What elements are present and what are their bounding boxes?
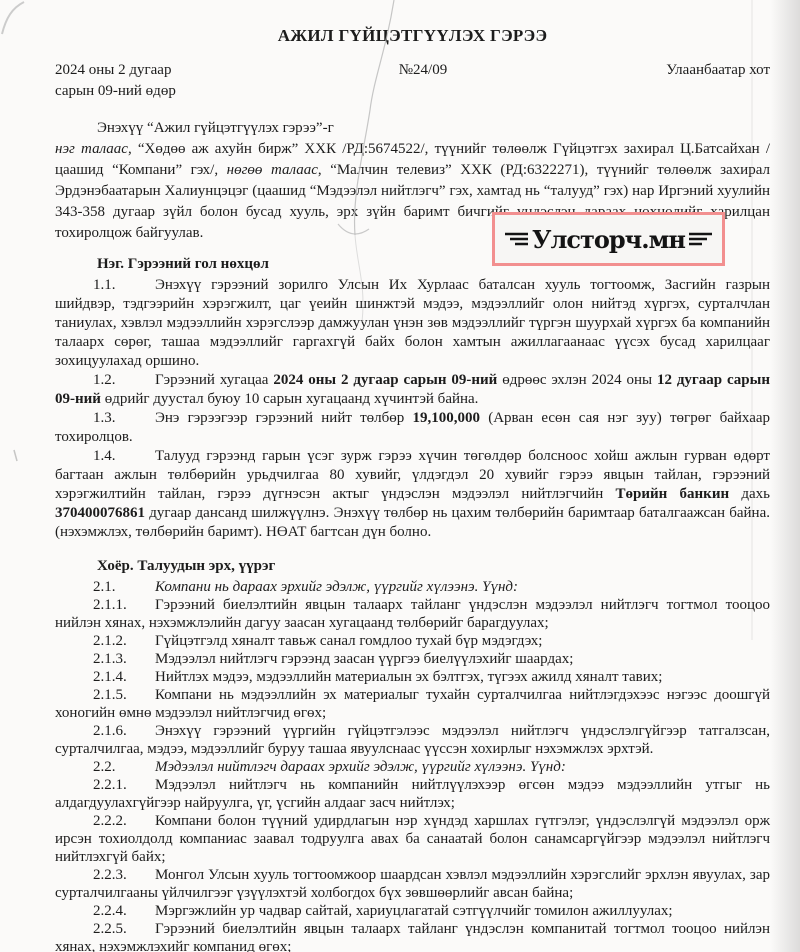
text-run: Компани нь дараах эрхийг эдэлж, үүргийг …: [155, 579, 518, 595]
text-run: Нийтлэх мэдээ, мэдээллийн материалын эх …: [155, 669, 662, 685]
clause-paragraph: 1.2.Гэрээний хугацаа 2024 оны 2 дугаар с…: [55, 371, 770, 409]
clause-paragraph: 2.1.Компани нь дараах эрхийг эдэлж, үүрг…: [55, 578, 770, 596]
text-run: Мэдээлэл нийтлэгч гэрээнд заасан үүргээ …: [155, 651, 573, 667]
text-run: нэг талаас: [55, 141, 128, 157]
clause-paragraph: 2.1.6.Энэхүү гэрээний үүргийн гүйцэтгэлэ…: [55, 722, 770, 758]
text-run: Гүйцэтгэлд хяналт тавьж санал гомдлоо ту…: [155, 633, 542, 649]
clause-number: 1.3.: [93, 409, 155, 428]
clause-paragraph: 2.1.2.Гүйцэтгэлд хяналт тавьж санал гомд…: [55, 632, 770, 650]
clause-number: 2.2.: [93, 758, 155, 776]
clause-number: 2.2.3.: [93, 866, 155, 884]
text-run: өдрөөс эхлэн 2024 оны: [497, 372, 657, 388]
text-run: Компани болон түүний удирдлагын нэр хүнд…: [55, 813, 770, 865]
clause-number: 2.1.6.: [93, 722, 155, 740]
text-run: Мэргэжлийн ур чадвар сайтай, хариуцлагат…: [155, 903, 673, 919]
section-heading: Хоёр. Талуудын эрх, үүрэг: [97, 556, 770, 576]
clause-paragraph: 2.2.1.Мэдээлэл нийтлэгч нь компанийн ний…: [55, 776, 770, 812]
text-run: 19,100,000: [413, 410, 481, 426]
clause-number: 2.1.: [93, 578, 155, 596]
text-run: Монгол Улсын хууль тогтоомжоор шаардсан …: [55, 867, 770, 901]
text-run: Энэхүү гэрээний зорилго Улсын Их Хурлаас…: [55, 277, 770, 369]
contract-number: №24/09: [250, 60, 620, 81]
watermark-text: Улсторч.мн: [532, 225, 685, 254]
text-run: Мэдээлэл нийтлэгч нь компанийн нийтлүүлэ…: [55, 777, 770, 811]
text-run: Энэ гэрээгээр гэрээний нийт төлбөр: [155, 410, 413, 426]
watermark-badge: Улсторч.мн: [492, 212, 725, 266]
text-run: 2024 оны 2 дугаар сарын 09-ний: [273, 372, 497, 388]
document-content: АЖИЛ ГҮЙЦЭТГҮҮЛЭХ ГЭРЭЭ 2024 оны 2 дугаа…: [0, 0, 800, 952]
contract-city: Улаанбаатар хот: [620, 60, 770, 81]
clause-paragraph: 2.2.Мэдээлэл нийтлэгч дараах эрхийг эдэл…: [55, 758, 770, 776]
clause-paragraph: 1.1.Энэхүү гэрээний зорилго Улсын Их Хур…: [55, 276, 770, 371]
wing-left-icon: [503, 230, 529, 248]
clause-number: 2.1.1.: [93, 596, 155, 614]
clause-paragraph: 2.2.3.Монгол Улсын хууль тогтоомжоор шаа…: [55, 866, 770, 902]
clause-paragraph: 2.1.3.Мэдээлэл нийтлэгч гэрээнд заасан ү…: [55, 650, 770, 668]
document-title: АЖИЛ ГҮЙЦЭТГҮҮЛЭХ ГЭРЭЭ: [55, 26, 770, 46]
text-run: Гэрээний хугацаа: [155, 372, 273, 388]
text-run: өдрийг дуустал буюу 10 сарын хугацаанд х…: [101, 391, 479, 407]
contract-date-line1: 2024 оны 2 дугаар: [55, 62, 171, 78]
text-run: Мэдээлэл нийтлэгч дараах эрхийг эдэлж, ү…: [155, 759, 566, 775]
text-run: Энэхүү гэрээний үүргийн гүйцэтгэлээс мэд…: [55, 723, 770, 757]
text-run: Гэрээний биелэлтийн явцын талаарх тайлан…: [55, 597, 770, 631]
text-run: 370400076861: [55, 505, 145, 521]
contract-date: 2024 оны 2 дугаар сарын 09-ний өдөр: [55, 60, 250, 102]
clause-paragraph: 2.2.5.Гэрээний биелэлтийн явцын талаарх …: [55, 920, 770, 952]
contract-date-line2: сарын 09-ний өдөр: [55, 83, 176, 99]
text-run: Энэхүү “Ажил гүйцэтгүүлэх гэрээ”-г: [97, 120, 334, 136]
clause-number: 2.1.3.: [93, 650, 155, 668]
clause-paragraph: 2.2.2.Компани болон түүний удирдлагын нэ…: [55, 812, 770, 866]
clause-number: 2.1.4.: [93, 668, 155, 686]
clause-number: 2.2.4.: [93, 902, 155, 920]
document-meta-row: 2024 оны 2 дугаар сарын 09-ний өдөр №24/…: [55, 60, 770, 102]
wing-right-icon: [688, 230, 714, 248]
clause-number: 2.2.5.: [93, 920, 155, 938]
clause-paragraph: 2.1.5.Компани нь мэдээллийн эх материалы…: [55, 686, 770, 722]
clause-paragraph: 2.1.1.Гэрээний биелэлтийн явцын талаарх …: [55, 596, 770, 632]
text-run: дахь: [729, 486, 770, 502]
scanned-contract-page: АЖИЛ ГҮЙЦЭТГҮҮЛЭХ ГЭРЭЭ 2024 оны 2 дугаа…: [0, 0, 800, 952]
text-run: дугаар дансанд шилжүүлнэ. Энэхүү төлбөр …: [55, 505, 770, 540]
clause-number: 1.4.: [93, 447, 155, 466]
clause-number: 2.2.2.: [93, 812, 155, 830]
text-run: нөгөө талаас: [227, 162, 318, 178]
clause-number: 2.2.1.: [93, 776, 155, 794]
sections-container: Нэг. Гэрээний гол нөхцөл1.1.Энэхүү гэрээ…: [55, 254, 770, 952]
text-run: Компани нь мэдээллийн эх материалыг туха…: [55, 687, 770, 721]
text-run: Гэрээний биелэлтийн явцын талаарх тайлан…: [55, 921, 770, 952]
clause-number: 1.1.: [93, 276, 155, 295]
text-run: Төрийн банкин: [616, 486, 730, 502]
clause-number: 1.2.: [93, 371, 155, 390]
clause-number: 2.1.2.: [93, 632, 155, 650]
clause-paragraph: 1.3.Энэ гэрээгээр гэрээний нийт төлбөр 1…: [55, 409, 770, 447]
clause-paragraph: 1.4.Талууд гэрээнд гарын үсэг зурж гэрээ…: [55, 447, 770, 542]
clause-paragraph: 2.2.4.Мэргэжлийн ур чадвар сайтай, хариу…: [55, 902, 770, 920]
clause-paragraph: 2.1.4.Нийтлэх мэдээ, мэдээллийн материал…: [55, 668, 770, 686]
clause-number: 2.1.5.: [93, 686, 155, 704]
